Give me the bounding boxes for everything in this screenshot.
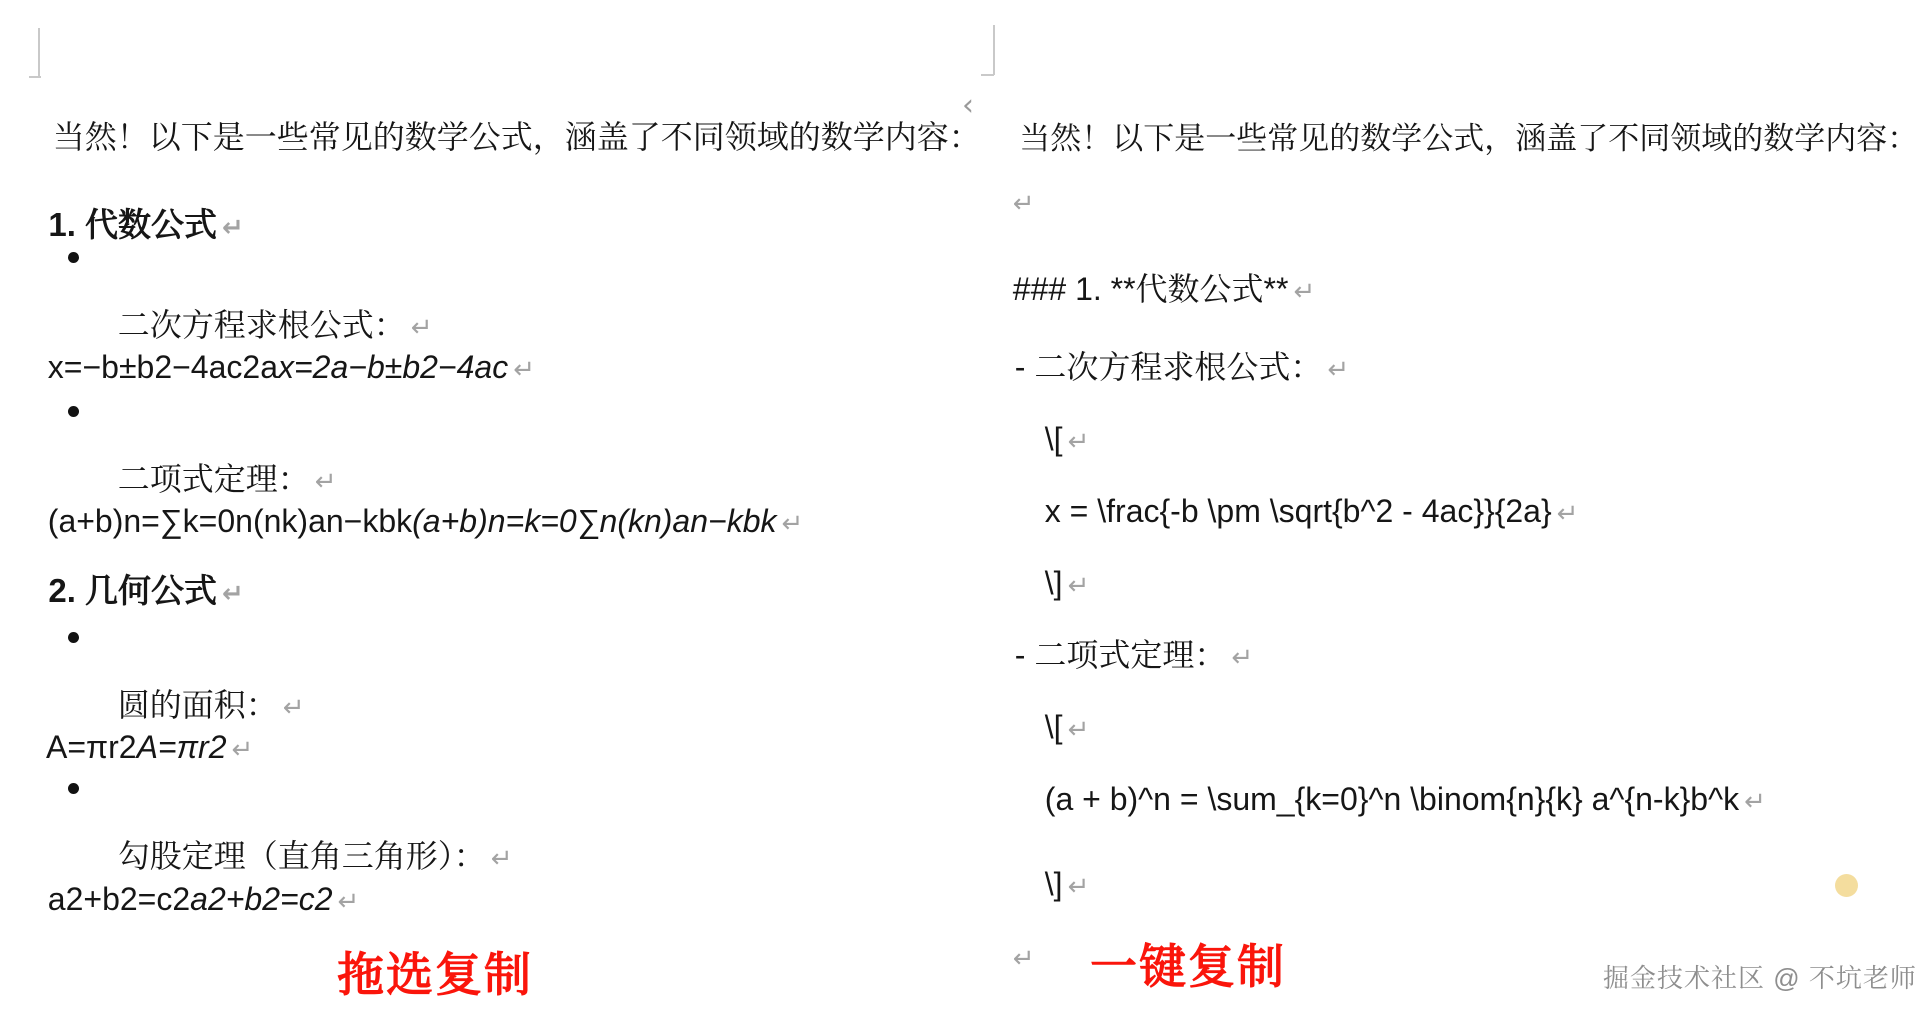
paragraph-mark-icon: ↵ [1013,189,1035,219]
annotation-drag-select-copy: 拖选复制 [337,938,533,1005]
paragraph-mark-icon: ↵ [1231,643,1253,673]
paragraph-mark-icon: ↵ [1068,872,1090,902]
bullet-icon [68,406,79,417]
latex-binomial-formula: (a + b)^n = \sum_{k=0}^n \binom{n}{k} a^… [1027,748,1766,819]
paragraph-mark-icon: ↵ [338,887,360,917]
formula-circle-area-mangled: A=πr2A=πr2↵ [30,696,253,767]
paragraph-mark-icon: ↵ [1327,355,1349,385]
md-open-display-math: \[↵ [1027,388,1089,459]
page-corner-mark-left [38,28,40,77]
md-heading-line: ### 1. **代数公式**↵ [995,238,1315,309]
heading-geometry: 2. 几何公式↵ [30,540,244,611]
intro-paragraph-left: 当然！以下是一些常见的数学公式，涵盖了不同领域的数学内容： [35,86,981,154]
annotation-one-click-copy: 一键复制 [1090,930,1286,997]
paragraph-mark-icon: ↵ [491,844,513,874]
yellow-dot-decoration [1835,874,1858,897]
bullet-icon [68,252,79,263]
heading-algebra: 1. 代数公式↵ [30,174,244,245]
paragraph-mark-icon: ↵ [222,213,244,243]
md-close-display-math: \]↵ [1027,833,1089,904]
formula-binomial-mangled: (a+b)n=∑k=0n(nk)an−kbk(a+b)n=k=0∑n(kn)an… [30,470,803,541]
paragraph-mark-icon: ↵ [222,579,244,609]
md-open-display-math: \[↵ [1027,676,1089,747]
intro-text: 当然！以下是一些常见的数学公式，涵盖了不同领域的数学内容： [53,119,981,155]
paragraph-mark-icon: ↵ [782,509,804,539]
page-corner-mark-right [993,25,995,75]
paragraph-mark-icon: ↵ [232,735,254,765]
paragraph-mark-icon: ↵ [1557,499,1579,529]
community-watermark: 掘金技术社区 @ 不坑老师 [1603,958,1917,995]
paragraph-mark-icon: ↵ [1068,715,1090,745]
latex-quadratic-formula: x = \frac{-b \pm \sqrt{b^2 - 4ac}}{2a}↵ [1027,460,1578,531]
md-close-display-math: \]↵ [1027,532,1089,603]
page-corner-mark-right [981,74,994,76]
empty-paragraph: ↵ [995,150,1035,221]
page-corner-mark-left [29,76,41,78]
intro-paragraph-right: 当然！以下是一些常见的数学公式，涵盖了不同领域的数学内容： [1002,88,1918,156]
md-list-item-quadratic: - 二次方程求根公式：↵ [997,316,1349,387]
formula-pythagorean-mangled: a2+b2=c2a2+b2=c2↵ [30,848,359,919]
paragraph-mark-icon: ↵ [1068,571,1090,601]
empty-paragraph: ↵ [995,905,1035,976]
paragraph-mark-icon: ↵ [1013,944,1035,974]
word-documents-comparison-screenshot: { "left": { "intro": "当然！以下是一些常见的数学公式，涵盖… [0,0,1919,1020]
paragraph-mark-icon: ↵ [283,693,305,723]
paragraph-mark-icon: ↵ [1293,277,1315,307]
formula-quadratic-mangled: x=−b±b2−4ac2ax=2a−b±b2−4ac↵ [30,316,535,387]
paragraph-mark-icon: ↵ [513,355,535,385]
bullet-icon [68,632,79,643]
paragraph-mark-icon: ↵ [1068,427,1090,457]
md-list-item-binomial: - 二项式定理：↵ [997,604,1253,675]
bullet-icon [68,783,79,794]
paragraph-mark-icon: ↵ [1744,787,1766,817]
